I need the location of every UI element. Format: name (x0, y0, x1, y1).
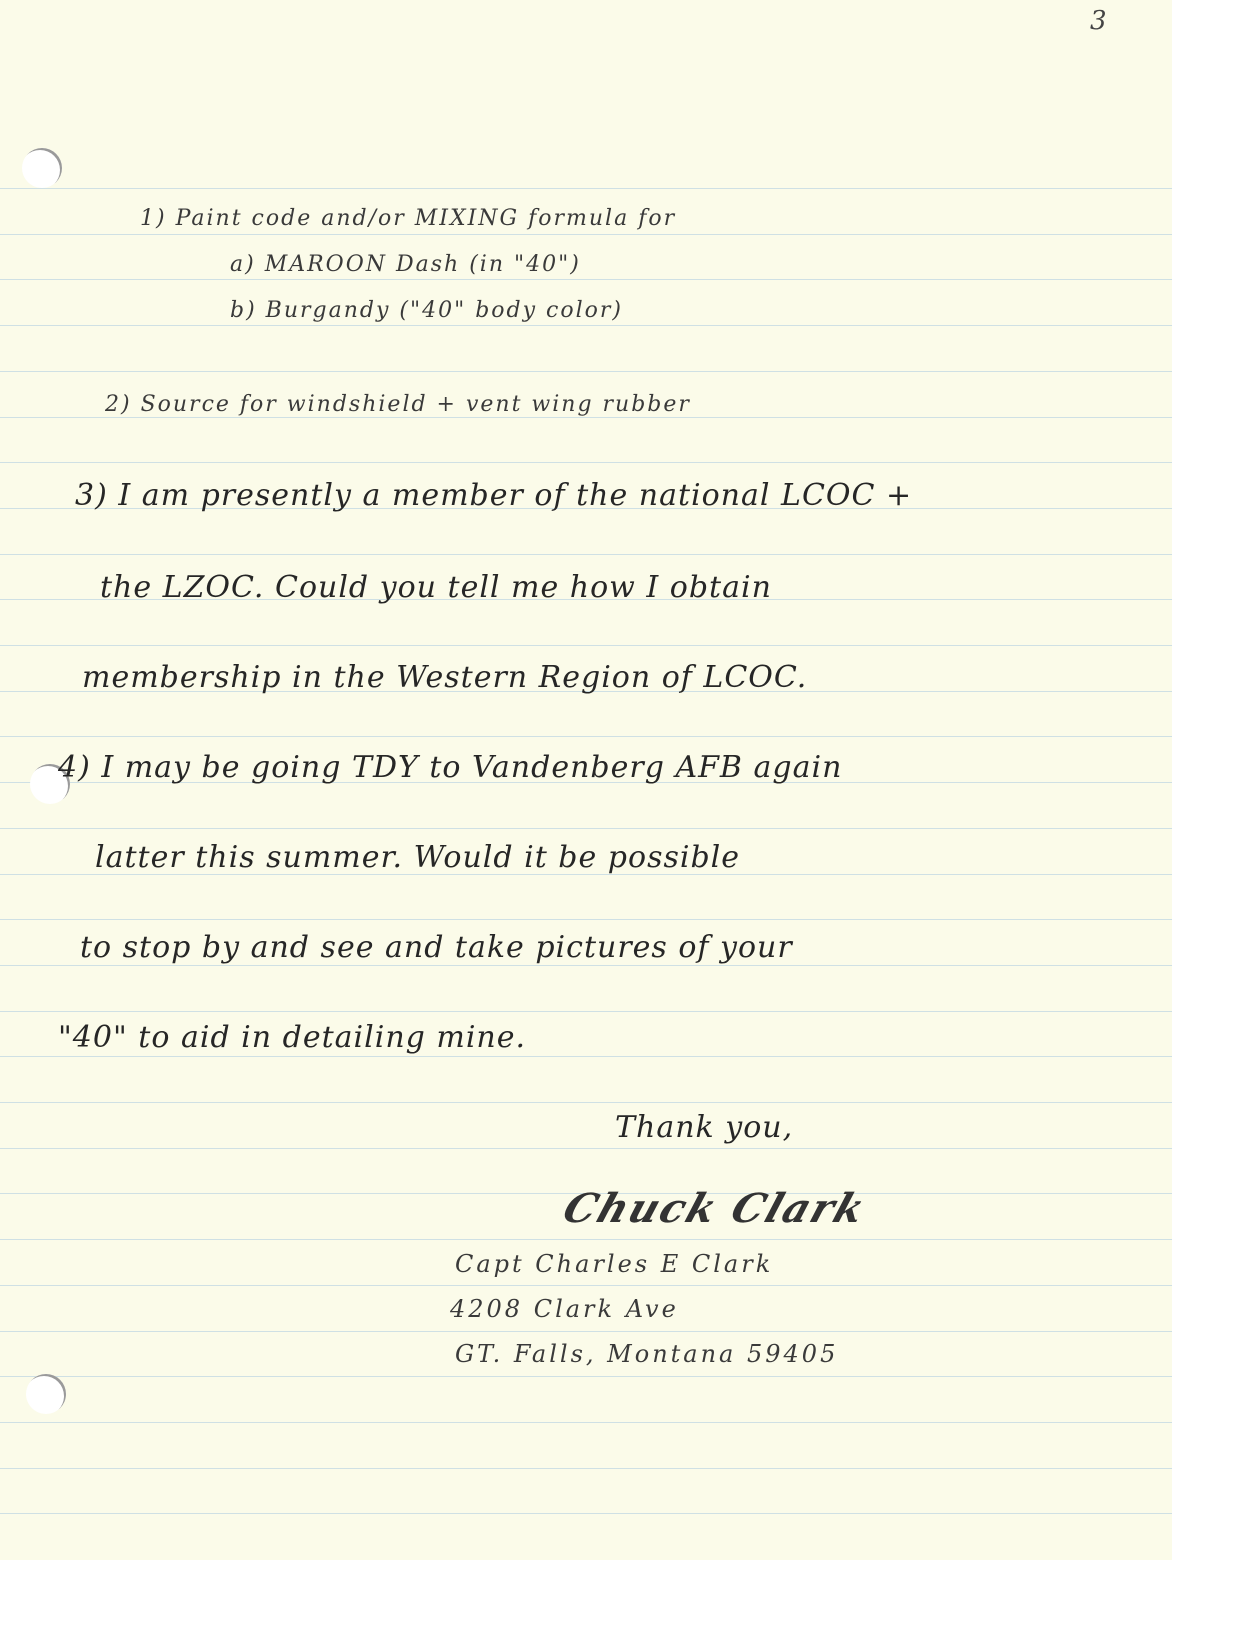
item-3-line-1: 3) I am presently a member of the nation… (75, 478, 912, 513)
item-3-line-2: the LZOC. Could you tell me how I obtain (100, 570, 772, 605)
ruled-line (0, 1422, 1172, 1423)
ruled-line (0, 736, 1172, 737)
ruled-line (0, 828, 1172, 829)
ruled-line (0, 234, 1172, 235)
ruled-line (0, 1376, 1172, 1377)
ruled-line (0, 1331, 1172, 1332)
ruled-line (0, 1285, 1172, 1286)
ruled-line (0, 1148, 1172, 1149)
sender-street: 4208 Clark Ave (450, 1295, 679, 1323)
ruled-line (0, 1239, 1172, 1240)
ruled-line (0, 462, 1172, 463)
sender-city-state-zip: GT. Falls, Montana 59405 (455, 1340, 838, 1368)
item-1-heading: 1) Paint code and/or MIXING formula for (140, 206, 676, 231)
item-1b: b) Burgandy ("40" body color) (230, 298, 623, 323)
closing: Thank you, (615, 1110, 793, 1145)
ruled-line (0, 1011, 1172, 1012)
notebook-page: 3 1) Paint code and/or MIXING formula fo… (0, 0, 1172, 1560)
ruled-line (0, 965, 1172, 966)
ruled-line (0, 417, 1172, 418)
ruled-line (0, 1468, 1172, 1469)
ruled-line (0, 1056, 1172, 1057)
ruled-line (0, 279, 1172, 280)
page-number: 3 (1090, 6, 1107, 36)
hole-punch-bottom (26, 1374, 66, 1414)
item-4-line-1: 4) I may be going TDY to Vandenberg AFB … (58, 750, 842, 785)
item-2: 2) Source for windshield + vent wing rub… (105, 392, 691, 417)
ruled-line (0, 919, 1172, 920)
ruled-line (0, 371, 1172, 372)
hole-punch-top (22, 148, 62, 188)
ruled-line (0, 188, 1172, 189)
item-3-line-3: membership in the Western Region of LCOC… (82, 660, 807, 695)
ruled-line (0, 554, 1172, 555)
ruled-line (0, 325, 1172, 326)
item-4-line-3: to stop by and see and take pictures of … (80, 930, 793, 965)
sender-name: Capt Charles E Clark (455, 1250, 773, 1278)
ruled-line (0, 1102, 1172, 1103)
item-1a: a) MAROON Dash (in "40") (230, 252, 581, 277)
signature: Chuck Clark (557, 1185, 872, 1232)
item-4-line-4: "40" to aid in detailing mine. (58, 1020, 526, 1055)
item-4-line-2: latter this summer. Would it be possible (95, 840, 740, 875)
ruled-line (0, 645, 1172, 646)
ruled-line (0, 1513, 1172, 1514)
